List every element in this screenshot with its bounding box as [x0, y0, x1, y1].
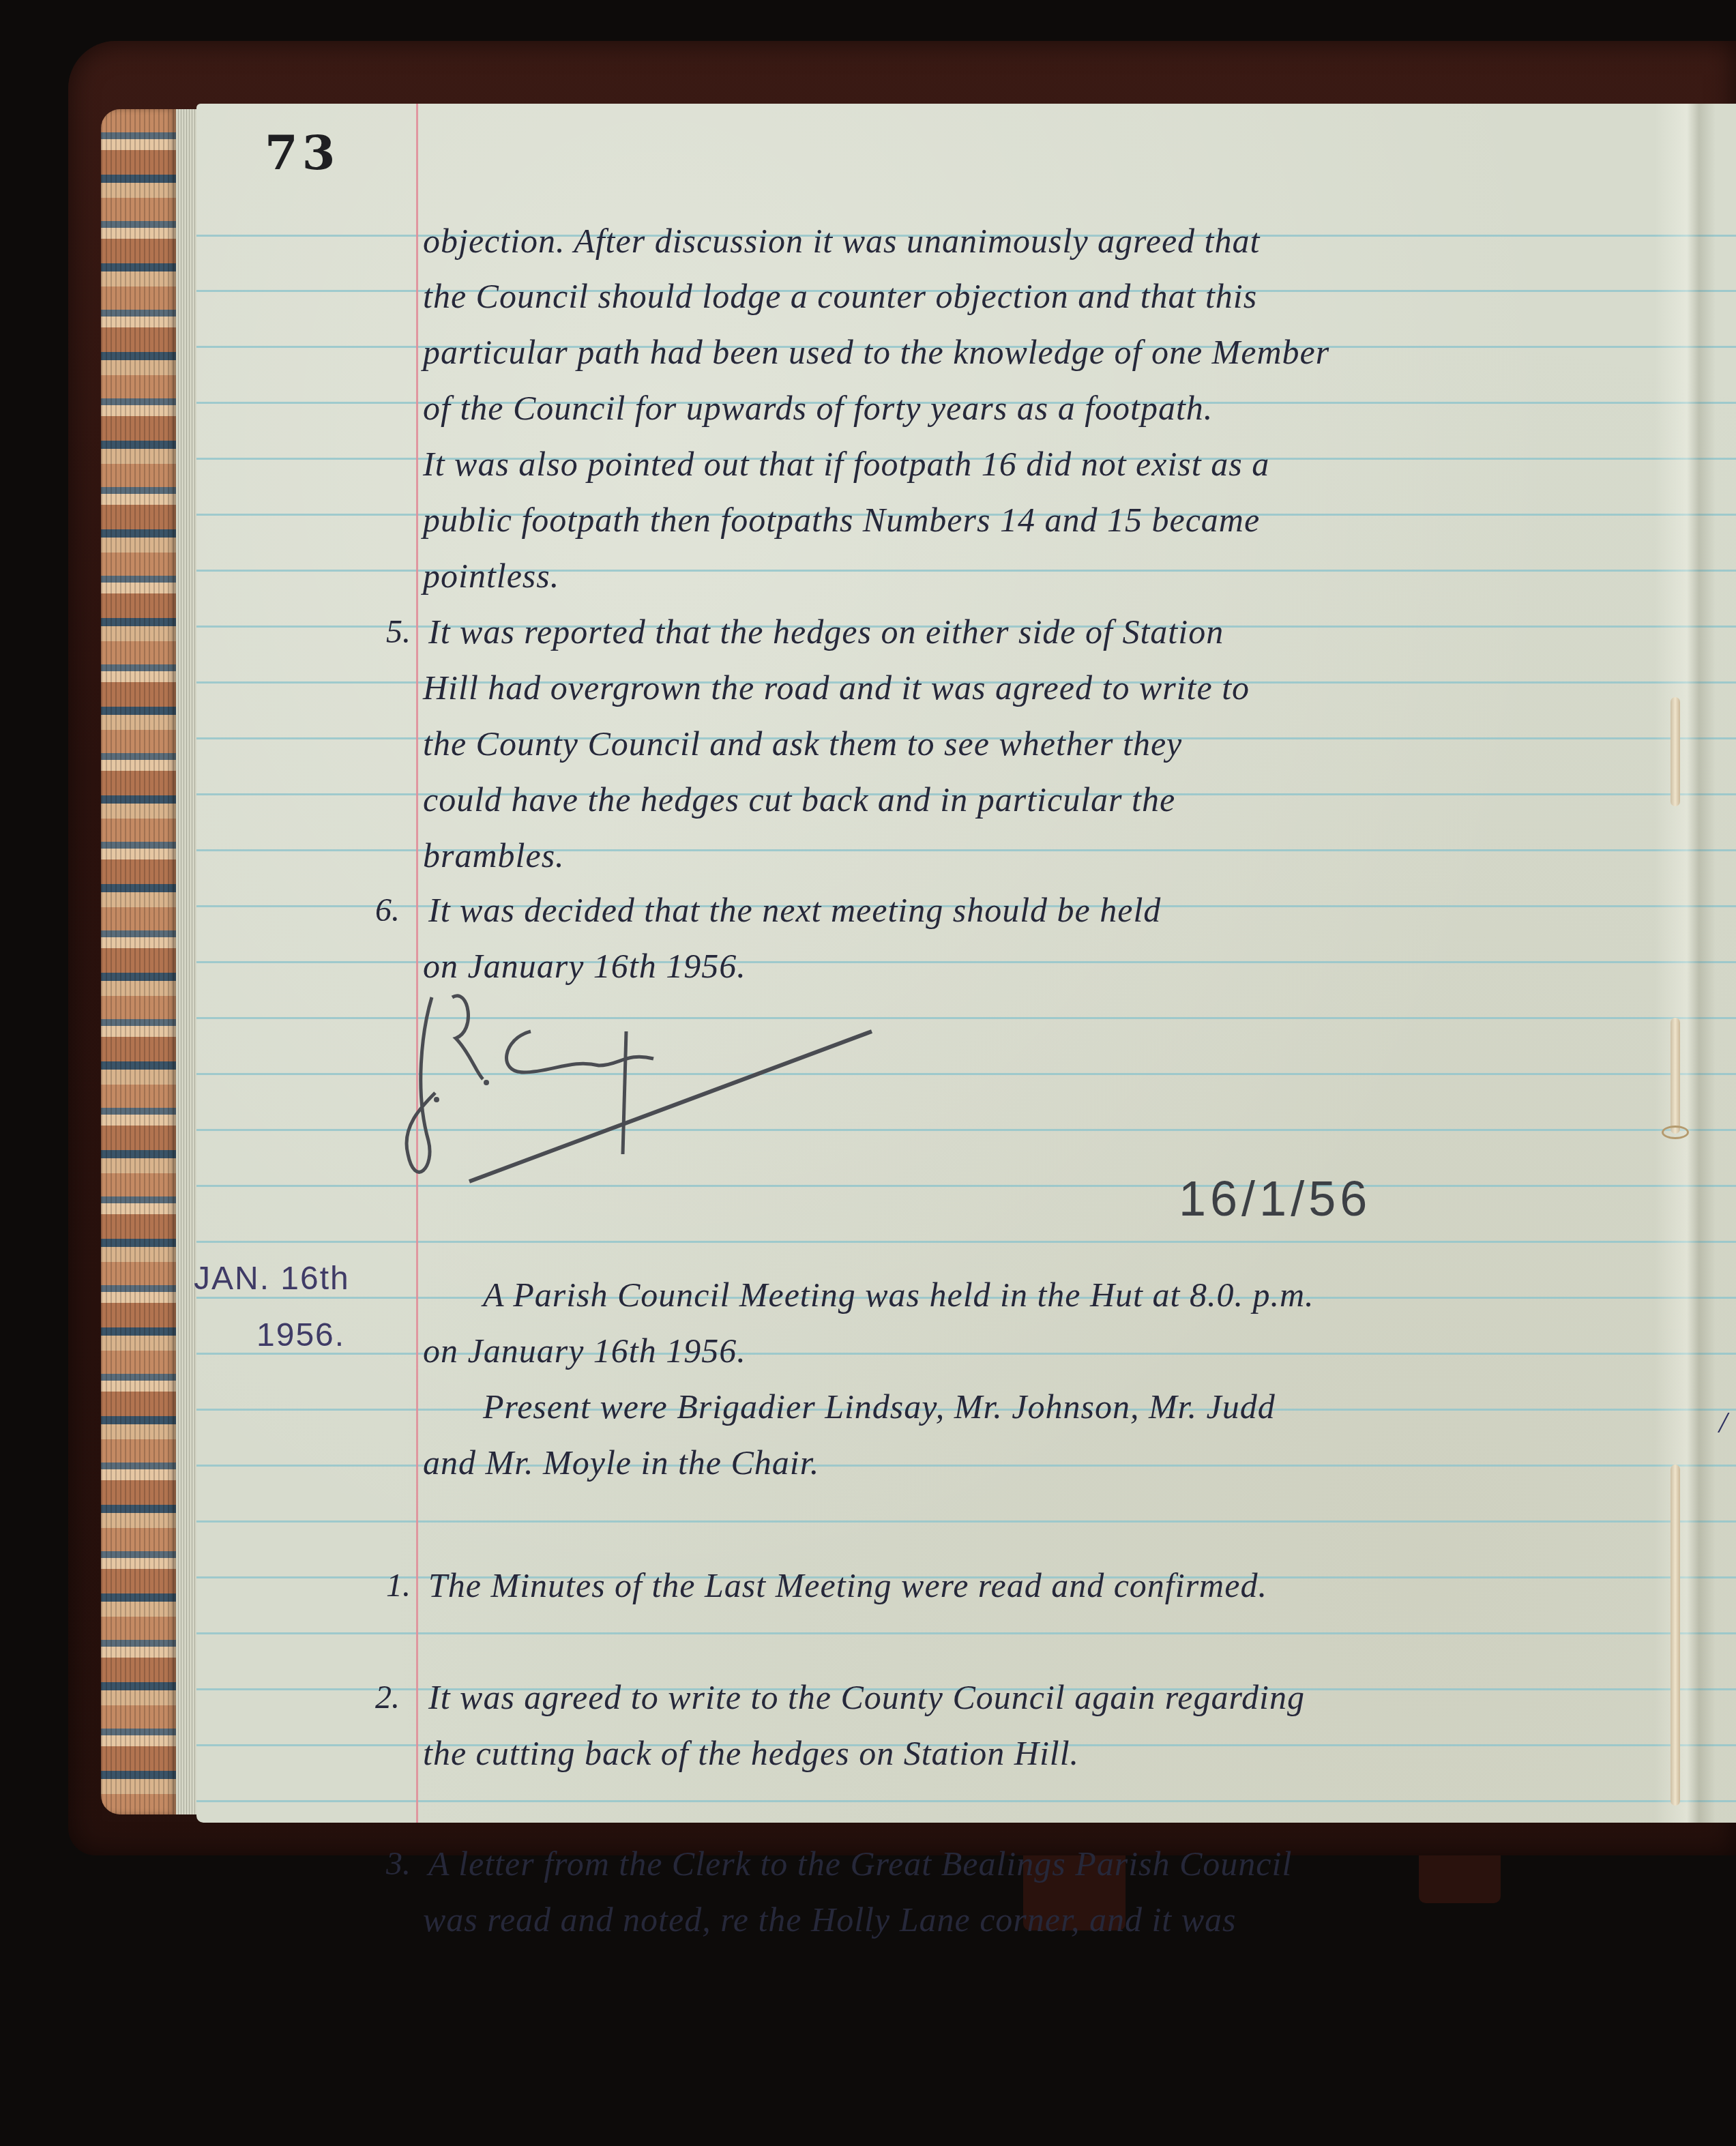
text-line: the Council should lodge a counter objec… — [423, 276, 1257, 316]
binding-thread — [1671, 697, 1680, 806]
text-line: Present were Brigadier Lindsay, Mr. John… — [483, 1387, 1276, 1426]
item-number: 5. — [386, 613, 411, 651]
text-line: particular path had been used to the kno… — [423, 332, 1329, 372]
red-margin-line — [416, 104, 418, 1823]
text-line: It was decided that the next meeting sho… — [428, 890, 1161, 930]
text-line: the County Council and ask them to see w… — [423, 724, 1182, 763]
text-line: It was also pointed out that if footpath… — [423, 444, 1269, 484]
text-line: A Parish Council Meeting was held in the… — [483, 1275, 1314, 1314]
text-line: was read and noted, re the Holly Lane co… — [423, 1900, 1237, 1939]
margin-date: JAN. 16th — [194, 1260, 350, 1297]
margin-date: 1956. — [256, 1317, 345, 1354]
thread-hole — [1662, 1126, 1689, 1139]
text-line: The Minutes of the Last Meeting were rea… — [428, 1566, 1267, 1605]
ledger-page: 73 objection. After discussion it was un… — [196, 104, 1736, 1823]
text-line: A letter from the Clerk to the Great Bea… — [428, 1844, 1292, 1883]
text-line: on January 16th 1956. — [423, 946, 746, 986]
cover-tab — [1419, 1855, 1501, 1903]
text-line: public footpath then footpaths Numbers 1… — [423, 500, 1260, 540]
text-line: Hill had overgrown the road and it was a… — [423, 668, 1250, 707]
text-line: of the Council for upwards of forty year… — [423, 388, 1213, 428]
text-line: could have the hedges cut back and in pa… — [423, 780, 1175, 819]
text-line: brambles. — [423, 836, 565, 875]
item-number: 2. — [375, 1679, 400, 1716]
stray-ink-mark: / — [1719, 1405, 1727, 1440]
page-number: 73 — [265, 124, 339, 181]
item-number: 6. — [375, 892, 400, 929]
text-line: the cutting back of the hedges on Statio… — [423, 1733, 1079, 1773]
item-number: 3. — [386, 1845, 411, 1883]
gutter-fold — [1654, 104, 1736, 1823]
text-line: It was agreed to write to the County Cou… — [428, 1677, 1305, 1717]
text-line: objection. After discussion it was unani… — [423, 221, 1260, 261]
signature — [394, 990, 940, 1209]
binding-thread — [1671, 1018, 1680, 1134]
item-number: 1. — [386, 1567, 411, 1604]
text-line: and Mr. Moyle in the Chair. — [423, 1443, 819, 1482]
text-line: It was reported that the hedges on eithe… — [428, 612, 1224, 651]
text-line: on January 16th 1956. — [423, 1331, 746, 1370]
marbled-page-edges — [101, 109, 176, 1814]
text-line: pointless. — [423, 556, 559, 596]
binding-thread — [1671, 1465, 1680, 1806]
signature-date: 16/1/56 — [1179, 1171, 1371, 1227]
